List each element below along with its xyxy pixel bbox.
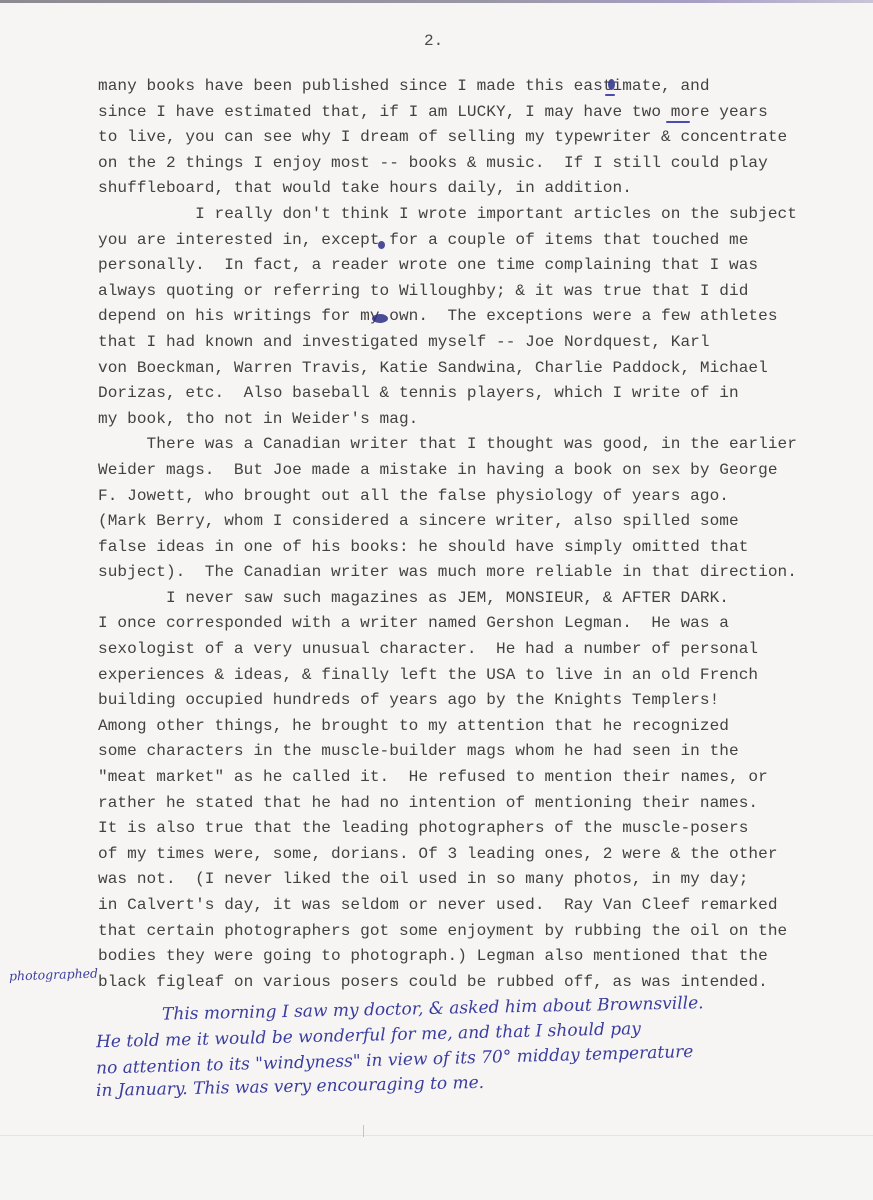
typed-line: some characters in the muscle-builder ma… xyxy=(98,739,858,765)
ink-underline xyxy=(605,94,615,96)
ink-strikeout-mark xyxy=(378,241,385,249)
typed-line: Weider mags. But Joe made a mistake in h… xyxy=(98,458,858,484)
typed-line: rather he stated that he had no intentio… xyxy=(98,791,858,817)
fold-mark xyxy=(363,1125,364,1137)
typed-line: false ideas in one of his books: he shou… xyxy=(98,535,858,561)
typed-line: von Boeckman, Warren Travis, Katie Sandw… xyxy=(98,356,858,382)
typed-line: on the 2 things I enjoy most -- books & … xyxy=(98,151,858,177)
typed-line: of my times were, some, dorians. Of 3 le… xyxy=(98,842,858,868)
typed-body: many books have been published since I m… xyxy=(98,74,858,995)
typed-line: bodies they were going to photograph.) L… xyxy=(98,944,858,970)
typed-line: (Mark Berry, whom I considered a sincere… xyxy=(98,509,858,535)
typed-line: Dorizas, etc. Also baseball & tennis pla… xyxy=(98,381,858,407)
typed-line: depend on his writings for my own. The e… xyxy=(98,304,858,330)
typed-line: There was a Canadian writer that I thoug… xyxy=(98,432,858,458)
ink-strikeout-mark xyxy=(372,314,388,323)
typed-line: many books have been published since I m… xyxy=(98,74,858,100)
paper-fold xyxy=(0,1135,873,1200)
typed-line: that I had known and investigated myself… xyxy=(98,330,858,356)
typed-line: I never saw such magazines as JEM, MONSI… xyxy=(98,586,858,612)
typed-line: always quoting or referring to Willoughb… xyxy=(98,279,858,305)
handwritten-postscript: This morning I saw my doctor, & asked hi… xyxy=(96,996,856,1096)
typed-line: since I have estimated that, if I am LUC… xyxy=(98,100,858,126)
typed-line: personally. In fact, a reader wrote one … xyxy=(98,253,858,279)
typed-line: experiences & ideas, & finally left the … xyxy=(98,663,858,689)
typed-line: shuffleboard, that would take hours dail… xyxy=(98,176,858,202)
typed-line: that certain photographers got some enjo… xyxy=(98,919,858,945)
typed-line: in Calvert's day, it was seldom or never… xyxy=(98,893,858,919)
typed-line: I once corresponded with a writer named … xyxy=(98,611,858,637)
typed-line: was not. (I never liked the oil used in … xyxy=(98,867,858,893)
typed-line: my book, tho not in Weider's mag. xyxy=(98,407,858,433)
page-number: 2. xyxy=(424,32,443,50)
typed-line: subject). The Canadian writer was much m… xyxy=(98,560,858,586)
typed-line: Among other things, he brought to my att… xyxy=(98,714,858,740)
typed-line: to live, you can see why I dream of sell… xyxy=(98,125,858,151)
typed-line: you are interested in, except for a coup… xyxy=(98,228,858,254)
typed-line: F. Jowett, who brought out all the false… xyxy=(98,484,858,510)
typed-line: sexologist of a very unusual character. … xyxy=(98,637,858,663)
ink-underline-two xyxy=(666,121,690,123)
typed-line: I really don't think I wrote important a… xyxy=(98,202,858,228)
ink-strikeout-mark xyxy=(608,79,615,90)
margin-note: photographed xyxy=(9,965,98,983)
typed-line: "meat market" as he called it. He refuse… xyxy=(98,765,858,791)
typed-line: building occupied hundreds of years ago … xyxy=(98,688,858,714)
typed-line: It is also true that the leading photogr… xyxy=(98,816,858,842)
